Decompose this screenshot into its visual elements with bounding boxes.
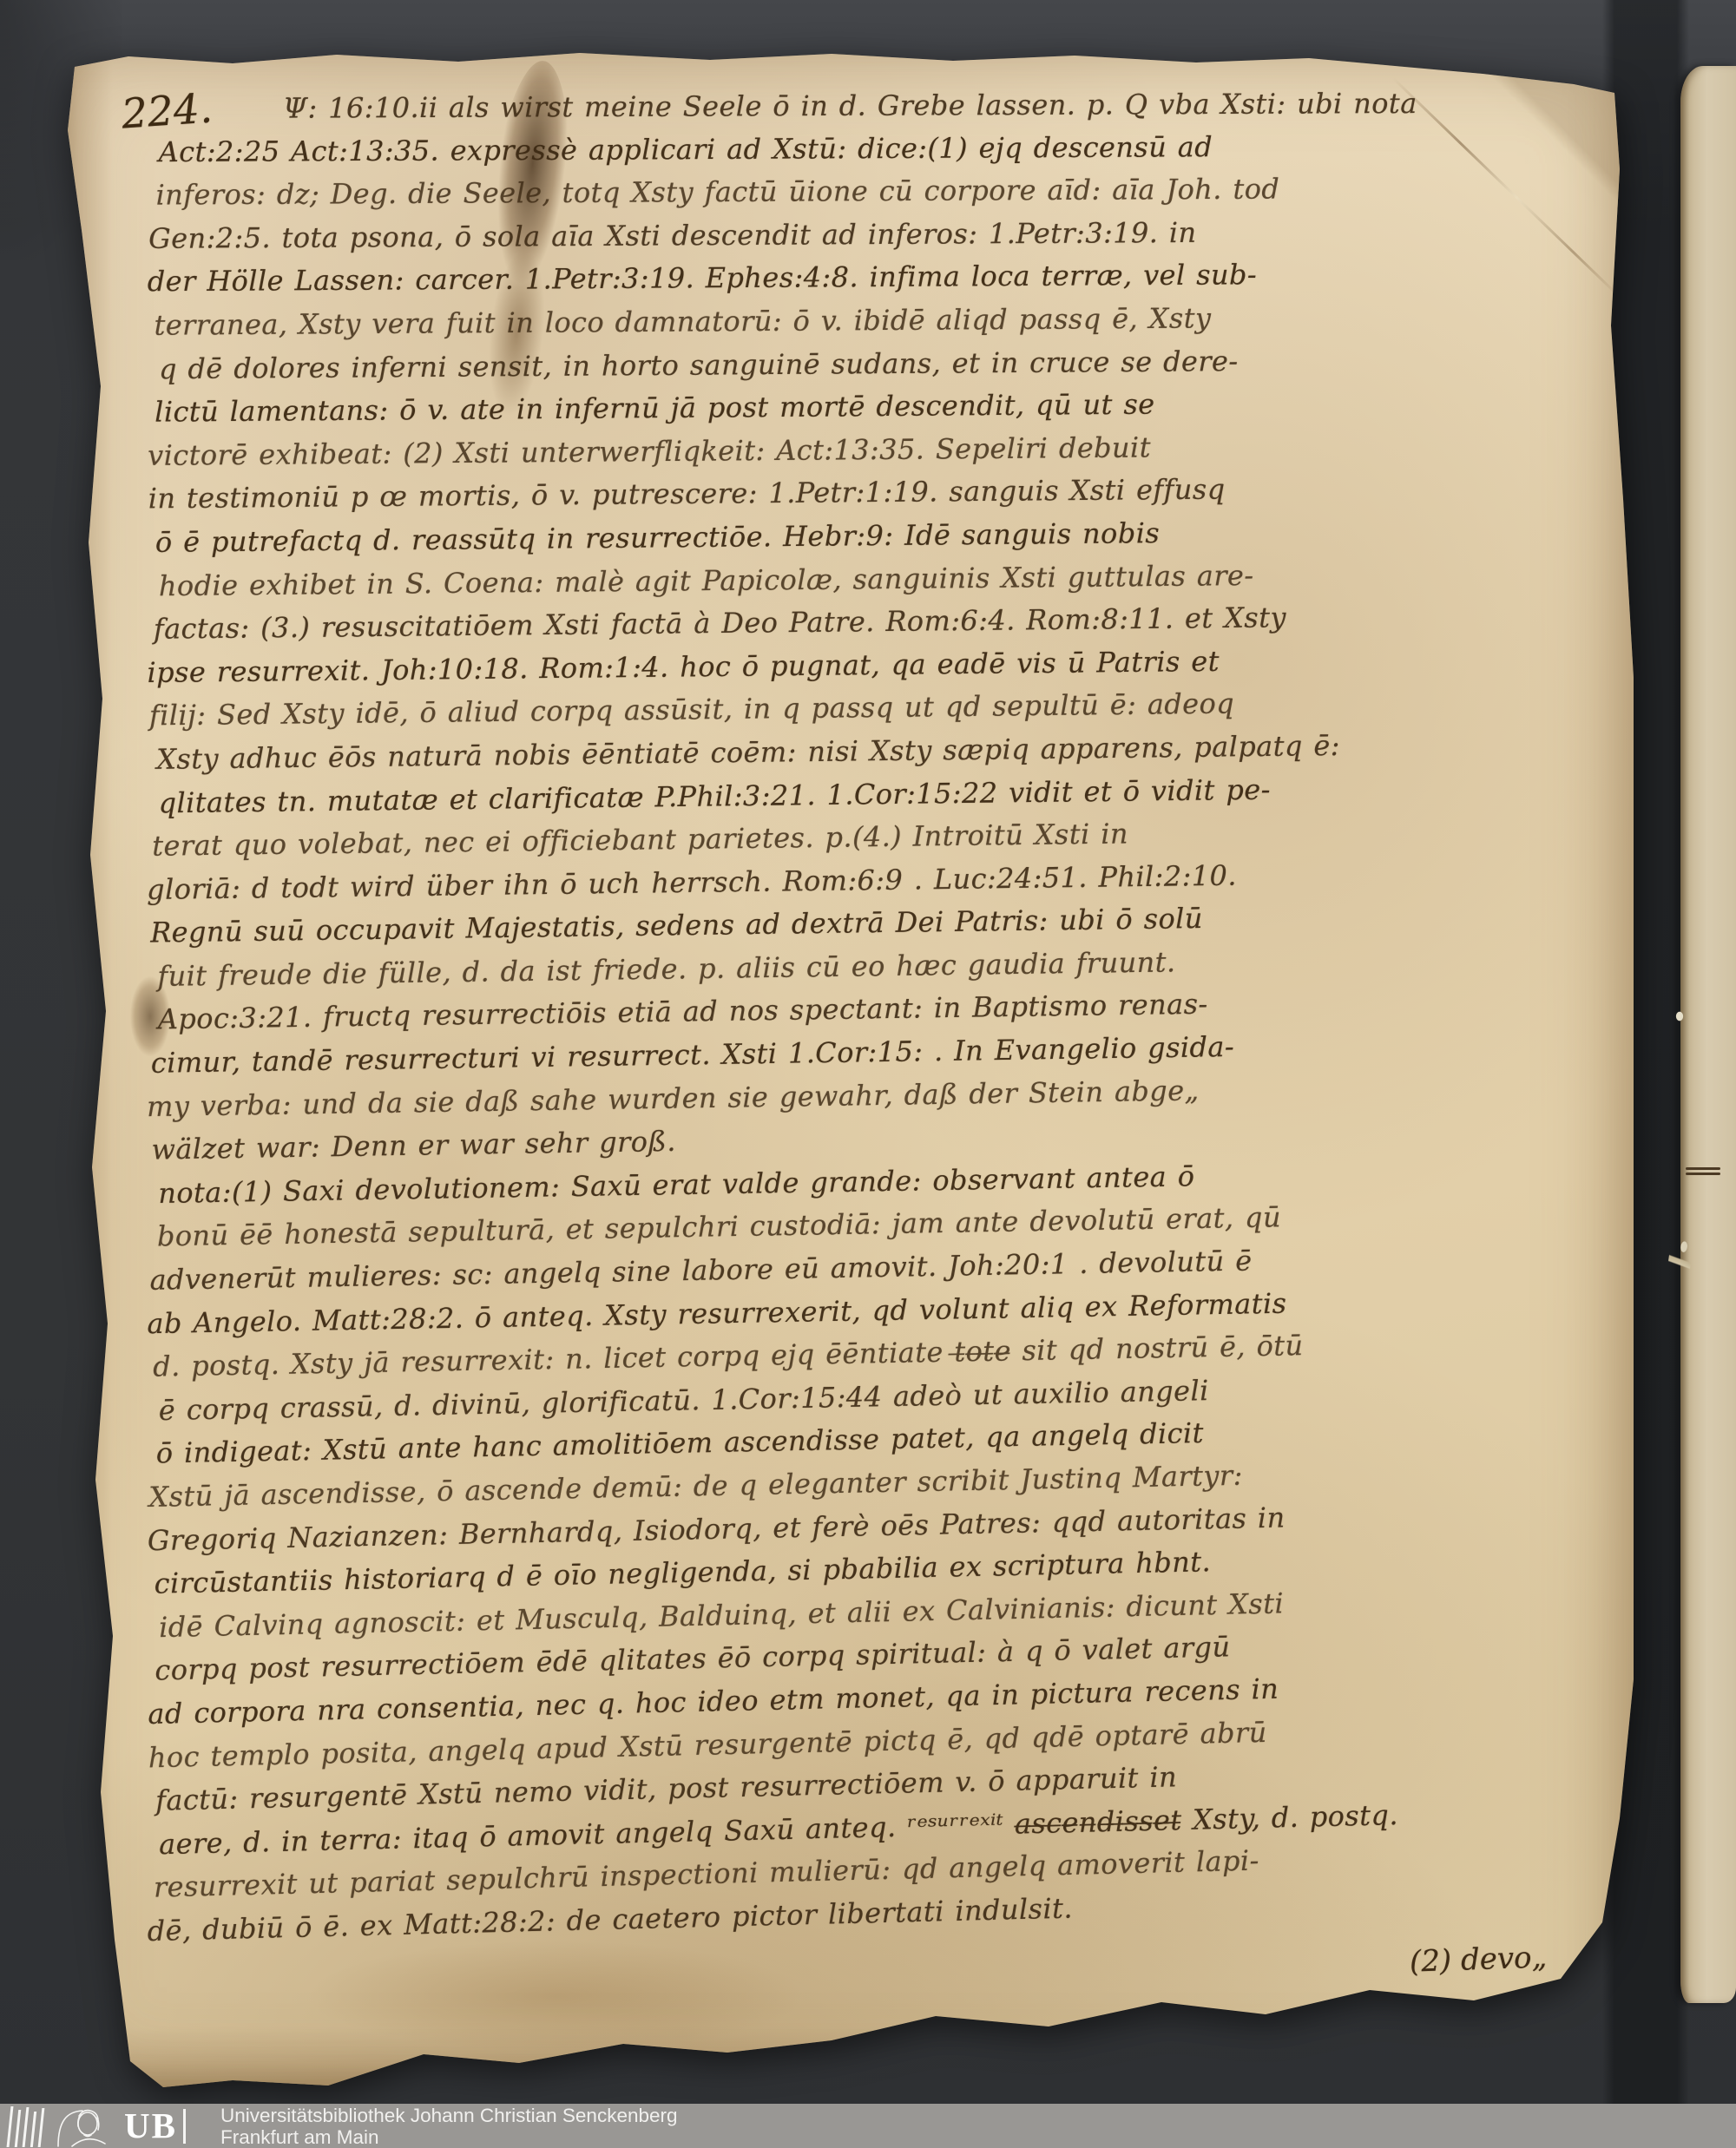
adjacent-page-edge	[1680, 66, 1736, 2003]
library-name-block: Universitätsbibliothek Johann Christian …	[220, 2105, 678, 2148]
senckenberg-portrait-icon	[51, 2105, 122, 2147]
manuscript-page: 224. Ψ: 16:10.ii als wirst meine Seele ō…	[50, 48, 1634, 2096]
manuscript-line: inferos: dz; Deg. die Seele, totq Xsty f…	[155, 167, 1622, 218]
binding-thread-small	[1672, 1002, 1687, 1031]
library-logo: UB	[0, 2104, 186, 2148]
library-city: Frankfurt am Main	[220, 2126, 678, 2148]
catchword-note: (2) devo„	[1409, 1942, 1547, 1976]
deckled-bottom-edge	[50, 2028, 1634, 2096]
scan-viewport: 224. Ψ: 16:10.ii als wirst meine Seele ō…	[0, 0, 1736, 2148]
deckled-left-edge	[50, 48, 113, 2096]
manuscript-line: Act:2:25 Act:13:35. expressè applicari a…	[159, 123, 1626, 174]
book-spine-icon	[9, 2105, 48, 2147]
paper-surface: 224. Ψ: 16:10.ii als wirst meine Seele ō…	[50, 48, 1634, 2096]
logo-divider	[183, 2109, 186, 2144]
library-name: Universitätsbibliothek Johann Christian …	[220, 2105, 678, 2126]
ink-dash-marks	[1686, 1165, 1720, 1177]
ub-logo-text: UB	[124, 2104, 177, 2148]
manuscript-line: Ψ: 16:10.ii als wirst meine Seele ō in d…	[283, 81, 1736, 130]
library-banner: UB Universitätsbibliothek Johann Christi…	[0, 2104, 1736, 2148]
handwritten-text-block: Ψ: 16:10.ii als wirst meine Seele ō in d…	[153, 84, 1620, 1935]
